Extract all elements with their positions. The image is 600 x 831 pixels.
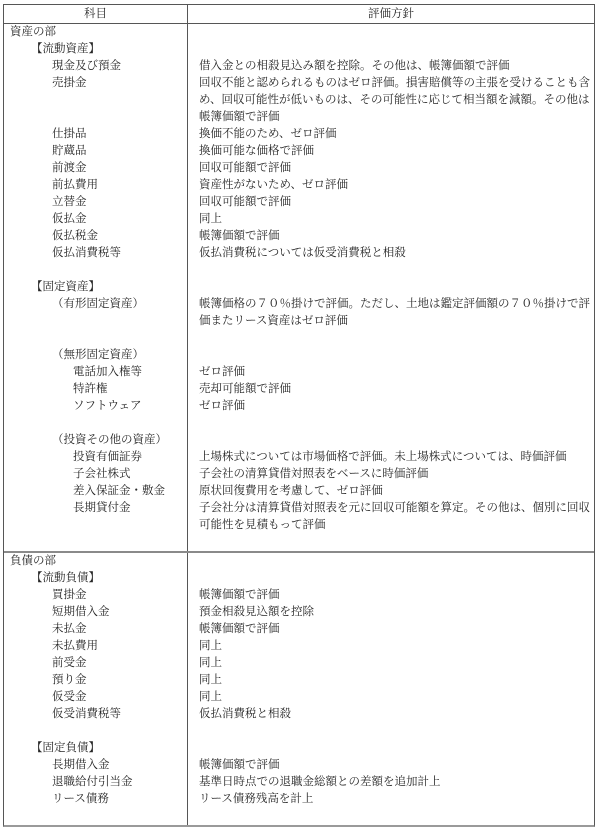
- spacer-row: [4, 330, 594, 347]
- subject-cell: 【流動負債】: [4, 570, 188, 587]
- table-row: リース債務リース債務残高を計上: [4, 791, 594, 808]
- subject-cell: [4, 262, 188, 279]
- policy-cell: リース債務残高を計上: [188, 791, 594, 808]
- subject-cell: [4, 723, 188, 740]
- policy-cell: 借入金との相殺見込み額を控除。その他は、帳簿価額で評価: [188, 58, 594, 75]
- table-row: 仮払消費税等仮払消費税については仮受消費税と相殺: [4, 245, 594, 262]
- policy-cell: [188, 330, 594, 347]
- policy-cell: [188, 723, 594, 740]
- policy-cell: 資産性がないため、ゼロ評価: [188, 177, 594, 194]
- subject-cell: 投資有価証券: [4, 449, 188, 466]
- policy-cell: 回収可能額で評価: [188, 194, 594, 211]
- policy-cell: 仮払消費税と相殺: [188, 706, 594, 723]
- table-row: 資産の部: [4, 24, 594, 41]
- subject-cell: 短期借入金: [4, 604, 188, 621]
- subject-cell: 前払費用: [4, 177, 188, 194]
- subject-cell: 未払費用: [4, 638, 188, 655]
- policy-cell: 上場株式については市場価格で評価。未上場株式については、時価評価: [188, 449, 594, 466]
- subject-cell: 負債の部: [4, 553, 188, 570]
- subject-cell: 長期借入金: [4, 757, 188, 774]
- subject-cell: （無形固定資産）: [4, 347, 188, 364]
- policy-cell: 基準日時点での退職金総額との差額を追加計上: [188, 774, 594, 791]
- table-row: 前渡金回収可能額で評価: [4, 160, 594, 177]
- policy-cell: [188, 740, 594, 757]
- table-row: 現金及び預金借入金との相殺見込み額を控除。その他は、帳簿価額で評価: [4, 58, 594, 75]
- table-row: 前受金同上: [4, 655, 594, 672]
- policy-cell: 換価不能のため、ゼロ評価: [188, 126, 594, 143]
- subject-cell: 資産の部: [4, 24, 188, 41]
- policy-cell: [188, 415, 594, 432]
- valuation-policy-table: 科目 評価方針 資産の部【流動資産】現金及び預金借入金との相殺見込み額を控除。そ…: [3, 4, 595, 827]
- table-row: 仮払税金帳簿価額で評価: [4, 228, 594, 245]
- table-row: 【流動資産】: [4, 41, 594, 58]
- spacer-row: [4, 723, 594, 740]
- subject-cell: （有形固定資産）: [4, 296, 188, 330]
- policy-cell: [188, 808, 594, 825]
- policy-cell: ゼロ評価: [188, 364, 594, 381]
- policy-cell: 同上: [188, 655, 594, 672]
- policy-cell: 帳簿価額で評価: [188, 587, 594, 604]
- spacer-row: [4, 415, 594, 432]
- subject-cell: 退職給付引当金: [4, 774, 188, 791]
- subject-cell: 前渡金: [4, 160, 188, 177]
- policy-cell: 帳簿価格の７０％掛けで評価。ただし、土地は鑑定評価額の７０％掛けで評価またリース…: [188, 296, 594, 330]
- subject-cell: [4, 330, 188, 347]
- policy-cell: 預金相殺見込額を控除: [188, 604, 594, 621]
- subject-cell: 立替金: [4, 194, 188, 211]
- table-row: （投資その他の資産）: [4, 432, 594, 449]
- subject-cell: ソフトウェア: [4, 398, 188, 415]
- table-header-row: 科目 評価方針: [4, 5, 594, 24]
- table-row: 【固定資産】: [4, 279, 594, 296]
- subject-cell: 仮受金: [4, 689, 188, 706]
- policy-cell: 回収不能と認められるものはゼロ評価。損害賠償等の主張を受けることも含め、回収可能…: [188, 75, 594, 126]
- subject-cell: 電話加入権等: [4, 364, 188, 381]
- policy-cell: [188, 41, 594, 58]
- table-row: 前払費用資産性がないため、ゼロ評価: [4, 177, 594, 194]
- table-row: 仮受消費税等仮払消費税と相殺: [4, 706, 594, 723]
- table-row: 買掛金帳簿価額で評価: [4, 587, 594, 604]
- policy-cell: 帳簿価額で評価: [188, 228, 594, 245]
- policy-cell: [188, 553, 594, 570]
- table-row: 長期貸付金子会社分は清算貸借対照表を元に回収可能額を算定。その他は、個別に回収可…: [4, 500, 594, 534]
- subject-cell: 現金及び預金: [4, 58, 188, 75]
- table-row: 【固定負債】: [4, 740, 594, 757]
- table-row: 立替金回収可能額で評価: [4, 194, 594, 211]
- spacer-row: [4, 808, 594, 825]
- policy-cell: 原状回復費用を考慮して、ゼロ評価: [188, 483, 594, 500]
- table-row: 投資有価証券上場株式については市場価格で評価。未上場株式については、時価評価: [4, 449, 594, 466]
- subject-cell: 子会社株式: [4, 466, 188, 483]
- subject-cell: 未払金: [4, 621, 188, 638]
- table-row: 未払費用同上: [4, 638, 594, 655]
- subject-cell: 【固定資産】: [4, 279, 188, 296]
- subject-cell: [4, 415, 188, 432]
- policy-cell: 仮払消費税については仮受消費税と相殺: [188, 245, 594, 262]
- column-header-policy: 評価方針: [188, 5, 594, 23]
- policy-cell: 子会社の清算貸借対照表をベースに時価評価: [188, 466, 594, 483]
- policy-cell: 同上: [188, 672, 594, 689]
- subject-cell: 前受金: [4, 655, 188, 672]
- policy-cell: 帳簿価額で評価: [188, 757, 594, 774]
- policy-cell: [188, 347, 594, 364]
- policy-cell: 帳簿価額で評価: [188, 621, 594, 638]
- table-row: 仕掛品換価不能のため、ゼロ評価: [4, 126, 594, 143]
- subject-cell: 特許権: [4, 381, 188, 398]
- table-row: 子会社株式子会社の清算貸借対照表をベースに時価評価: [4, 466, 594, 483]
- table-row: 負債の部: [4, 553, 594, 570]
- policy-cell: [188, 432, 594, 449]
- subject-cell: リース債務: [4, 791, 188, 808]
- subject-cell: 貯蔵品: [4, 143, 188, 160]
- policy-cell: 子会社分は清算貸借対照表を元に回収可能額を算定。その他は、個別に回収可能性を見積…: [188, 500, 594, 534]
- table-row: 電話加入権等ゼロ評価: [4, 364, 594, 381]
- table-row: 【流動負債】: [4, 570, 594, 587]
- policy-cell: ゼロ評価: [188, 398, 594, 415]
- subject-cell: 買掛金: [4, 587, 188, 604]
- policy-cell: [188, 24, 594, 41]
- table-row: 差入保証金・敷金原状回復費用を考慮して、ゼロ評価: [4, 483, 594, 500]
- table-row: 長期借入金帳簿価額で評価: [4, 757, 594, 774]
- policy-cell: 換価可能な価格で評価: [188, 143, 594, 160]
- column-header-subject: 科目: [4, 5, 188, 23]
- assets-section: 資産の部【流動資産】現金及び預金借入金との相殺見込み額を控除。その他は、帳簿価額…: [4, 24, 594, 551]
- policy-cell: [188, 534, 594, 551]
- table-row: 仮受金同上: [4, 689, 594, 706]
- subject-cell: 【固定負債】: [4, 740, 188, 757]
- subject-cell: 差入保証金・敷金: [4, 483, 188, 500]
- subject-cell: 仮払消費税等: [4, 245, 188, 262]
- subject-cell: （投資その他の資産）: [4, 432, 188, 449]
- table-row: 未払金帳簿価額で評価: [4, 621, 594, 638]
- table-row: 仮払金同上: [4, 211, 594, 228]
- subject-cell: 売掛金: [4, 75, 188, 126]
- table-row: 貯蔵品換価可能な価格で評価: [4, 143, 594, 160]
- policy-cell: 売却可能額で評価: [188, 381, 594, 398]
- subject-cell: [4, 534, 188, 551]
- table-row: 預り金同上: [4, 672, 594, 689]
- subject-cell: 長期貸付金: [4, 500, 188, 534]
- table-row: 売掛金回収不能と認められるものはゼロ評価。損害賠償等の主張を受けることも含め、回…: [4, 75, 594, 126]
- policy-cell: 同上: [188, 211, 594, 228]
- subject-cell: 仮払税金: [4, 228, 188, 245]
- policy-cell: 回収可能額で評価: [188, 160, 594, 177]
- subject-cell: 仮払金: [4, 211, 188, 228]
- table-row: ソフトウェアゼロ評価: [4, 398, 594, 415]
- table-row: 特許権売却可能額で評価: [4, 381, 594, 398]
- subject-cell: 仕掛品: [4, 126, 188, 143]
- policy-cell: [188, 279, 594, 296]
- policy-cell: [188, 262, 594, 279]
- table-row: （無形固定資産）: [4, 347, 594, 364]
- table-row: 退職給付引当金基準日時点での退職金総額との差額を追加計上: [4, 774, 594, 791]
- subject-cell: 【流動資産】: [4, 41, 188, 58]
- policy-cell: 同上: [188, 638, 594, 655]
- spacer-row: [4, 534, 594, 551]
- table-row: 短期借入金預金相殺見込額を控除: [4, 604, 594, 621]
- policy-cell: 同上: [188, 689, 594, 706]
- table-row: （有形固定資産）帳簿価格の７０％掛けで評価。ただし、土地は鑑定評価額の７０％掛け…: [4, 296, 594, 330]
- liabilities-section: 負債の部【流動負債】買掛金帳簿価額で評価短期借入金預金相殺見込額を控除未払金帳簿…: [4, 551, 594, 825]
- policy-cell: [188, 570, 594, 587]
- subject-cell: [4, 808, 188, 825]
- subject-cell: 仮受消費税等: [4, 706, 188, 723]
- subject-cell: 預り金: [4, 672, 188, 689]
- spacer-row: [4, 262, 594, 279]
